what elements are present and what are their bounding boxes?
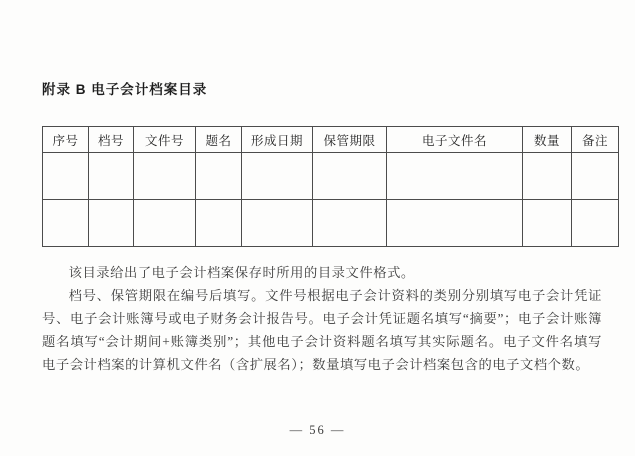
table-cell [523,200,572,247]
body-text-block: 该目录给出了电子会计档案保存时所用的目录文件格式。 档号、保管期限在编号后填写。… [42,261,602,376]
table-header-file-number: 文件号 [134,127,196,153]
table-cell [134,153,196,200]
table-cell [89,153,134,200]
table-cell [242,200,313,247]
table-header-title: 题名 [196,127,242,153]
archive-directory-table: 序号 档号 文件号 题名 形成日期 保管期限 电子文件名 数量 备注 [42,126,619,247]
table-header-archive-number: 档号 [89,127,134,153]
body-paragraph: 该目录给出了电子会计档案保存时所用的目录文件格式。 [42,261,602,284]
table-cell [134,200,196,247]
table-cell [313,153,387,200]
table-cell [572,200,619,247]
table-cell [196,200,242,247]
table-cell [89,200,134,247]
body-paragraph: 档号、保管期限在编号后填写。文件号根据电子会计资料的类别分别填写电子会计凭证号、… [42,284,602,376]
table-cell [387,153,523,200]
table-header-retention-period: 保管期限 [313,127,387,153]
table-cell [313,200,387,247]
page-number: — 56 — [0,423,635,438]
table-cell [523,153,572,200]
document-page: 附录 B 电子会计档案目录 序号 档号 文件号 题名 形成日期 保管期限 电子文… [0,0,635,456]
table-header-quantity: 数量 [523,127,572,153]
table-cell [196,153,242,200]
table-header-electronic-file-name: 电子文件名 [387,127,523,153]
table-cell [43,153,89,200]
table-header-formation-date: 形成日期 [242,127,313,153]
table-row [43,200,619,247]
table-header-row: 序号 档号 文件号 题名 形成日期 保管期限 电子文件名 数量 备注 [43,127,619,153]
table-cell [387,200,523,247]
page-title: 附录 B 电子会计档案目录 [42,78,207,98]
table-cell [242,153,313,200]
table-cell [43,200,89,247]
table-row [43,153,619,200]
table-cell [572,153,619,200]
table-header-remarks: 备注 [572,127,619,153]
table-header-serial-number: 序号 [43,127,89,153]
